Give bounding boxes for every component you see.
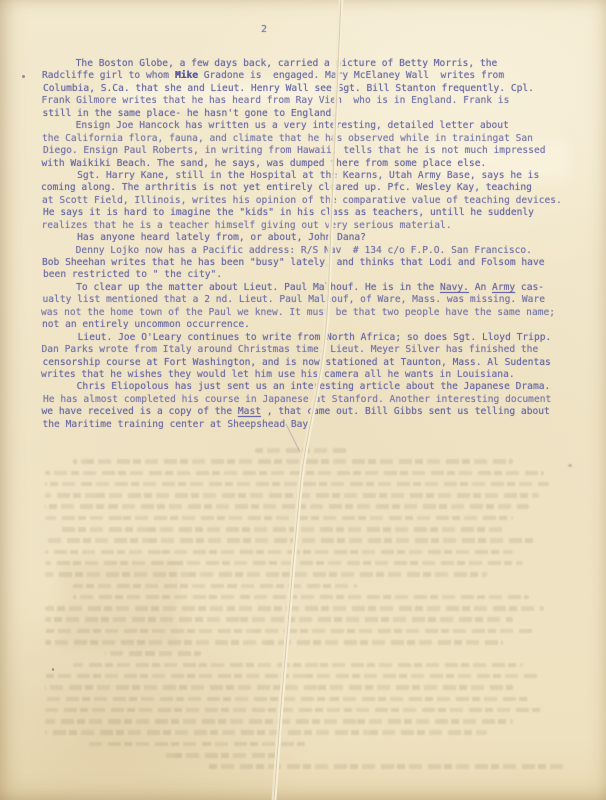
ink-speck — [22, 75, 25, 78]
bleedthrough-line — [73, 663, 523, 668]
bleedthrough-line — [45, 504, 529, 509]
text-line: He says it is hard to imagine the "kids"… — [43, 207, 583, 219]
document-page: 2 The Boston Globe, a few days back, car… — [0, 0, 606, 800]
bleedthrough-line — [73, 595, 529, 600]
text-line: the Maritime training center at Sheepshe… — [43, 419, 583, 431]
bleedthrough-line — [45, 640, 503, 645]
ink-speck — [52, 668, 54, 671]
text-line: Sgt. Harry Kane, still in the Hospital a… — [43, 170, 583, 182]
text-line: He has almost completed his course in Ja… — [43, 394, 583, 406]
text-line: coming along. The arthritis is not yet e… — [41, 182, 581, 194]
bleedthrough-line — [57, 527, 503, 532]
letter-body: The Boston Globe, a few days back, carri… — [42, 58, 582, 431]
bleedthrough-line — [45, 516, 513, 521]
bleedthrough-line — [255, 448, 347, 453]
bleedthrough-line — [45, 493, 539, 498]
text-line: the California flora, fauna, and climate… — [42, 133, 582, 145]
bleedthrough-line — [45, 550, 513, 555]
text-line: Ensign Joe Hancock has written us a very… — [41, 120, 581, 132]
text-line: Dan Parks wrote from Italy around Christ… — [42, 344, 582, 356]
text-line: Radcliffe girl to whom Mike Gradone is e… — [42, 70, 582, 82]
bleedthrough-line — [45, 708, 544, 713]
text-line: To clear up the matter about Lieut. Paul… — [42, 282, 582, 294]
text-line: been restricted to " the city". — [43, 269, 583, 281]
bleedthrough-line — [45, 482, 549, 487]
bleedthrough-line — [45, 561, 523, 566]
bleedthrough-line — [45, 572, 487, 577]
bleedthrough-line — [45, 685, 513, 690]
text-line: realizes that he is a teacher himself gi… — [42, 220, 582, 232]
text-line: at Scott Field, Illinois, writes his opi… — [42, 195, 582, 207]
bleedthrough-line — [45, 697, 529, 702]
bleedthrough-line — [45, 471, 544, 476]
bleedthrough-line — [85, 742, 305, 747]
text-line: The Boston Globe, a few days back, carri… — [41, 58, 581, 70]
text-line: Frank Gilmore writes that he has heard f… — [42, 95, 582, 107]
bleedthrough-line — [73, 584, 357, 589]
text-line: was not the home town of the Paul we kne… — [41, 307, 581, 319]
bleedthrough-line — [45, 719, 513, 724]
text-line: with Waikiki Beach. The sand, he says, w… — [42, 158, 582, 170]
text-line: censorship course at Fort Washington, an… — [43, 357, 583, 369]
bleedthrough-line — [73, 459, 513, 464]
bleedthrough-line — [45, 674, 539, 679]
text-line: ualty list mentioned that a 2 nd. Lieut.… — [43, 294, 583, 306]
text-line: writes that he wishes they would let him… — [41, 369, 581, 381]
text-line: we have received is a copy of the Mast ,… — [42, 406, 582, 418]
bleedthrough-line — [165, 753, 279, 758]
bleedthrough-line — [105, 651, 201, 656]
ink-speck — [568, 464, 572, 467]
text-line: Bob Sheehan writes that he has been "bus… — [42, 257, 582, 269]
text-line: still in the same place- he hasn't gone … — [43, 108, 583, 120]
page-number: 2 — [261, 24, 267, 35]
bleedthrough-line — [45, 629, 534, 634]
text-line: Has anyone heard lately from, or about, … — [43, 232, 583, 244]
text-line: Columbia, S.Ca. that she and Lieut. Henr… — [43, 83, 583, 95]
text-line: Lieut. Joe O'Leary continues to write fr… — [43, 332, 583, 344]
text-line: not an entirely uncommon occurrence. — [42, 319, 582, 331]
bleedthrough-line — [45, 538, 534, 543]
bleedthrough-line — [45, 730, 487, 735]
bleedthrough-line — [45, 606, 544, 611]
bleedthrough-text — [45, 448, 565, 776]
text-line: Denny Lojko now has a Pacific address: R… — [41, 245, 581, 257]
bleedthrough-line — [45, 617, 513, 622]
text-line: Chris Eliopolous has just sent us an int… — [42, 381, 582, 393]
bleedthrough-line — [205, 764, 565, 769]
text-line: Diego. Ensign Paul Roberts, in writing f… — [43, 145, 583, 157]
